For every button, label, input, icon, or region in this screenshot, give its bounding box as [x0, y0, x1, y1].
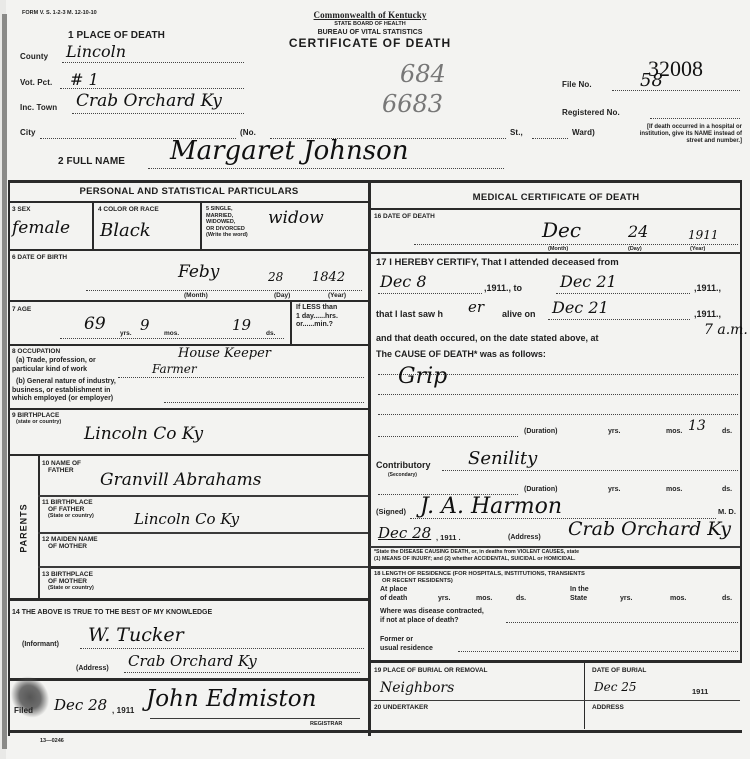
contributory-label: Contributory — [376, 460, 431, 470]
pencil-number-1: 684 — [400, 60, 446, 88]
undertaker-field[interactable] — [378, 712, 578, 728]
residence-heading-line: OR RECENT RESIDENTS) — [382, 578, 585, 585]
vot-pct-value: # 1 — [70, 70, 99, 89]
rule — [200, 201, 202, 249]
death-occurred-text: and that death occured, on the date stat… — [376, 333, 599, 343]
form-number: FORM V. S. 1-2-3 M. 12-10-10 — [22, 10, 97, 17]
cause-duration-field[interactable] — [378, 432, 518, 437]
in-state-mos: mos. — [670, 595, 686, 602]
ward-label: Ward) — [572, 128, 595, 137]
cause-mos-label: mos. — [666, 428, 682, 435]
father-birthplace-label-line: OF FATHER — [48, 506, 94, 513]
burial-place-value: Neighbors — [380, 680, 454, 696]
cause-line-2[interactable] — [378, 390, 738, 395]
rule — [38, 532, 368, 534]
rule — [370, 700, 740, 701]
certificate-title: CERTIFICATE OF DEATH — [280, 36, 460, 50]
age-ds-label: ds. — [266, 330, 275, 337]
registered-no-label: Registered No. — [562, 108, 620, 117]
age-months: 9 — [140, 316, 150, 334]
contributory-value: Senility — [468, 448, 537, 469]
marital-label: 5 SINGLE, MARRIED, WIDOWED, OR DIVORCED … — [206, 206, 248, 239]
registrar-label: REGISTRAR — [310, 721, 342, 728]
father-name-label: 10 NAME OF FATHER — [42, 460, 81, 474]
mother-birthplace-field[interactable] — [140, 570, 360, 594]
rule — [370, 566, 742, 569]
dob-field[interactable] — [86, 284, 362, 291]
rule — [92, 201, 94, 249]
county-value: Lincoln — [66, 42, 126, 61]
burial-date-year: 1911 — [692, 688, 708, 695]
former-residence-label: Former or usual residence — [380, 636, 433, 653]
sex-value: female — [12, 218, 70, 238]
marital-label-line: (Write the word) — [206, 232, 248, 239]
physician-address-label: (Address) — [508, 534, 541, 541]
contributory-duration-label: (Duration) — [524, 486, 557, 493]
top-rule — [8, 180, 742, 183]
occupation-a-field[interactable] — [118, 373, 364, 378]
occupation-b-line: business, or establishment in — [12, 387, 116, 396]
contracted-line: Where was disease contracted, — [380, 608, 484, 617]
occupation-b-line: which employed (or employer) — [12, 395, 116, 404]
vot-pct-label: Vot. Pct. — [20, 78, 52, 87]
filed-year: , 1911 — [112, 706, 134, 715]
filed-label: Filed — [14, 706, 33, 715]
age-years: 69 — [84, 314, 106, 334]
rule — [8, 678, 370, 681]
at-place-line: At place — [380, 586, 407, 595]
father-birthplace-value: Lincoln Co Ky — [134, 510, 239, 528]
occupation-b-field[interactable] — [164, 398, 364, 403]
in-state-line: State — [570, 595, 589, 604]
in-state-line: In the — [570, 586, 589, 595]
full-name-label: 2 FULL NAME — [58, 156, 125, 167]
file-no-label: File No. — [562, 80, 592, 89]
birthplace-label-line: (state or country) — [16, 419, 61, 426]
full-name-value: Margaret Johnson — [170, 136, 409, 166]
city-label: City — [20, 128, 36, 137]
alive-on-year: ,1911., — [694, 309, 721, 319]
physician-signature: J. A. Harmon — [420, 494, 562, 519]
bottom-form-code: 13—0246 — [40, 738, 64, 745]
signed-label: (Signed) — [376, 508, 406, 515]
sex-label: 3 SEX — [12, 206, 30, 213]
footnote-line: (1) MEANS OF INJURY; and (2) whether ACC… — [374, 556, 579, 563]
informant-address-value: Crab Orchard Ky — [128, 652, 257, 670]
father-birthplace-label-line: (State or country) — [48, 513, 94, 520]
disease-contracted-field[interactable] — [506, 618, 738, 623]
last-saw-pronoun: er — [468, 298, 484, 316]
contributory-yrs-label: yrs. — [608, 486, 620, 493]
residence-heading: 18 LENGTH OF RESIDENCE (FOR HOSPITALS, I… — [374, 571, 585, 585]
certify-text: 17 I HEREBY CERTIFY, That I attended dec… — [376, 257, 619, 268]
bottom-rule — [8, 730, 742, 733]
cause-ds-label: ds. — [722, 428, 732, 435]
rule — [38, 495, 368, 497]
informant-heading: 14 THE ABOVE IS TRUE TO THE BEST OF MY K… — [12, 609, 212, 616]
former-residence-field[interactable] — [458, 647, 738, 652]
inc-town-value: Crab Orchard Ky — [76, 91, 222, 111]
rule — [8, 201, 370, 203]
in-state-label: In the State — [570, 586, 589, 603]
cause-yrs-label: yrs. — [608, 428, 620, 435]
occupation-b-label: (b) General nature of industry, business… — [12, 378, 116, 404]
secondary-label: (Secondary) — [388, 472, 417, 479]
rule — [8, 408, 370, 410]
mother-name-field[interactable] — [140, 536, 360, 560]
date-of-death-day: 24 — [628, 222, 648, 241]
rule — [38, 566, 368, 568]
parents-label-text: PARENTS — [19, 503, 29, 552]
father-name-label-line: 10 NAME OF — [42, 460, 81, 467]
rule — [38, 454, 40, 598]
informant-address-label: (Address) — [76, 665, 109, 672]
birthplace-value: Lincoln Co Ky — [84, 424, 203, 444]
date-of-death-month: Dec — [542, 218, 581, 242]
dob-day-caption: (Day) — [274, 292, 290, 299]
rule — [290, 300, 292, 344]
date-of-death-year: 1911 — [688, 228, 719, 242]
board-label: STATE BOARD OF HEALTH — [280, 21, 460, 28]
at-place-yrs: yrs. — [438, 595, 450, 602]
age-yrs-label: yrs. — [120, 330, 132, 337]
md-label: M. D. — [718, 508, 736, 515]
rule — [150, 718, 360, 719]
center-divider — [368, 180, 371, 736]
dob-year: 1842 — [312, 270, 345, 285]
mother-name-label-line: OF MOTHER — [48, 543, 98, 550]
registered-no-field[interactable] — [650, 112, 740, 119]
former-residence-line: usual residence — [380, 645, 433, 654]
cause-duration-label: (Duration) — [524, 428, 557, 435]
dob-day: 28 — [268, 270, 283, 284]
certificate-heading: Commonwealth of Kentucky STATE BOARD OF … — [280, 10, 460, 50]
less-than-line: or......min.? — [296, 321, 338, 330]
dob-month-caption: (Month) — [184, 292, 208, 299]
occupation-a-value-1: House Keeper — [178, 346, 271, 361]
residence-heading-line: 18 LENGTH OF RESIDENCE (FOR HOSPITALS, I… — [374, 571, 585, 578]
at-place-ds: ds. — [516, 595, 526, 602]
father-birthplace-label-line: 11 BIRTHPLACE — [42, 499, 94, 506]
signed-year: , 1911 . — [436, 534, 461, 541]
rule — [8, 300, 370, 302]
cause-line-3[interactable] — [378, 410, 738, 415]
dob-month: Feby — [178, 262, 219, 282]
occupation-a-line: (a) Trade, profession, or — [16, 357, 96, 366]
mother-birthplace-label-line: OF MOTHER — [48, 578, 94, 585]
cause-footnote: *State the DISEASE CAUSING DEATH, or, in… — [374, 549, 579, 563]
bureau-label: BUREAU OF VITAL STATISTICS — [280, 29, 460, 36]
cause-duration-days: 13 — [688, 418, 706, 434]
rule — [370, 546, 740, 548]
cause-of-death-label: The CAUSE OF DEATH* was as follows: — [376, 349, 546, 359]
color-label: 4 COLOR OR RACE — [98, 206, 159, 213]
medical-section-heading: MEDICAL CERTIFICATE OF DEATH — [372, 192, 740, 203]
dob-year-caption: (Year) — [328, 292, 346, 299]
burial-date-label: DATE OF BURIAL — [592, 667, 646, 674]
burial-place-label: 19 PLACE OF BURIAL OR REMOVAL — [374, 667, 488, 674]
burial-date-value: Dec 25 — [594, 680, 637, 694]
father-name-value: Granvill Abrahams — [100, 470, 261, 490]
parents-side-label: PARENTS — [10, 458, 38, 598]
mother-birthplace-label-line: 13 BIRTHPLACE — [42, 571, 94, 578]
alive-on-value: Dec 21 — [552, 298, 609, 317]
death-time: 7 a.m. — [704, 322, 748, 338]
rule — [8, 454, 370, 456]
informant-label: (Informant) — [22, 641, 59, 648]
cause-of-death-value: Grip — [398, 364, 447, 389]
contracted-line: if not at place of death? — [380, 617, 484, 626]
age-days: 19 — [232, 316, 251, 334]
attended-from-year: ,1911., to — [484, 283, 522, 293]
last-saw-label: that I last saw h — [376, 309, 443, 319]
mother-birthplace-label-line: (State or country) — [48, 585, 94, 592]
age-label: 7 AGE — [12, 306, 31, 313]
pencil-number-2: 6683 — [382, 90, 443, 118]
marital-value: widow — [268, 208, 324, 228]
footnote-line: *State the DISEASE CAUSING DEATH, or, in… — [374, 549, 579, 556]
rule — [8, 249, 370, 251]
commonwealth-label: Commonwealth of Kentucky — [280, 10, 460, 20]
inc-town-label: Inc. Town — [20, 103, 57, 112]
contributory-mos-label: mos. — [666, 486, 682, 493]
undertaker-address-label: ADDRESS — [592, 704, 624, 711]
at-place-label: At place of death — [380, 586, 407, 603]
page-edge-shadow — [2, 14, 7, 749]
in-state-ds: ds. — [722, 595, 732, 602]
occupation-a-line: particular kind of work — [12, 366, 96, 375]
contributory-ds-label: ds. — [722, 486, 732, 493]
occupation-a-label: (a) Trade, profession, or particular kin… — [16, 357, 96, 374]
less-than-line: If LESS than — [296, 304, 338, 313]
attended-to-value: Dec 21 — [560, 272, 617, 291]
undertaker-address-field[interactable] — [592, 712, 736, 728]
registrar-signature: John Edmiston — [146, 686, 316, 712]
informant-value: W. Tucker — [88, 624, 184, 646]
former-residence-line: Former or — [380, 636, 433, 645]
occupation-b-line: (b) General nature of industry, — [16, 378, 116, 387]
undertaker-label: 20 UNDERTAKER — [374, 704, 428, 711]
rule — [8, 598, 370, 601]
rule — [370, 660, 742, 663]
birthplace-label: 9 BIRTHPLACE (state or country) — [12, 412, 61, 426]
place-of-death-heading: 1 PLACE OF DEATH — [68, 30, 165, 41]
less-than-line: 1 day......hrs. — [296, 313, 338, 322]
age-mos-label: mos. — [164, 330, 179, 337]
personal-section-heading: PERSONAL AND STATISTICAL PARTICULARS — [10, 186, 368, 197]
rule — [370, 252, 742, 254]
mother-name-label: 12 MAIDEN NAME OF MOTHER — [42, 536, 98, 550]
mother-birthplace-label: 13 BIRTHPLACE OF MOTHER (State or countr… — [42, 571, 94, 592]
at-place-mos: mos. — [476, 595, 492, 602]
less-than-day-box: If LESS than 1 day......hrs. or......min… — [296, 304, 338, 330]
occupation-label: 8 OCCUPATION — [12, 348, 60, 355]
street-label: St., — [510, 128, 523, 137]
rule — [370, 208, 742, 210]
file-no-field[interactable] — [612, 84, 740, 91]
county-label: County — [20, 52, 48, 61]
color-value: Black — [100, 220, 151, 241]
disease-contracted-label: Where was disease contracted, if not at … — [380, 608, 484, 625]
date-of-death-label: 16 DATE OF DEATH — [374, 213, 435, 220]
rule — [584, 663, 585, 729]
physician-address: Crab Orchard Ky — [568, 518, 731, 540]
at-place-line: of death — [380, 595, 407, 604]
ward-field[interactable] — [532, 132, 568, 139]
in-state-yrs: yrs. — [620, 595, 632, 602]
signed-date: Dec 28 — [378, 524, 431, 542]
father-birthplace-label: 11 BIRTHPLACE OF FATHER (State or countr… — [42, 499, 94, 520]
alive-on-label: alive on — [502, 309, 536, 319]
attended-to-year: ,1911., — [694, 283, 721, 293]
filed-date: Dec 28 — [54, 696, 107, 714]
attended-from-value: Dec 8 — [380, 272, 427, 291]
father-name-label-line: FATHER — [48, 467, 81, 474]
birthplace-label-line: 9 BIRTHPLACE — [12, 412, 61, 419]
dob-label: 6 DATE OF BIRTH — [12, 254, 67, 261]
mother-name-label-line: 12 MAIDEN NAME — [42, 536, 98, 543]
hospital-note: [If death occurred in a hospital or inst… — [630, 124, 742, 145]
